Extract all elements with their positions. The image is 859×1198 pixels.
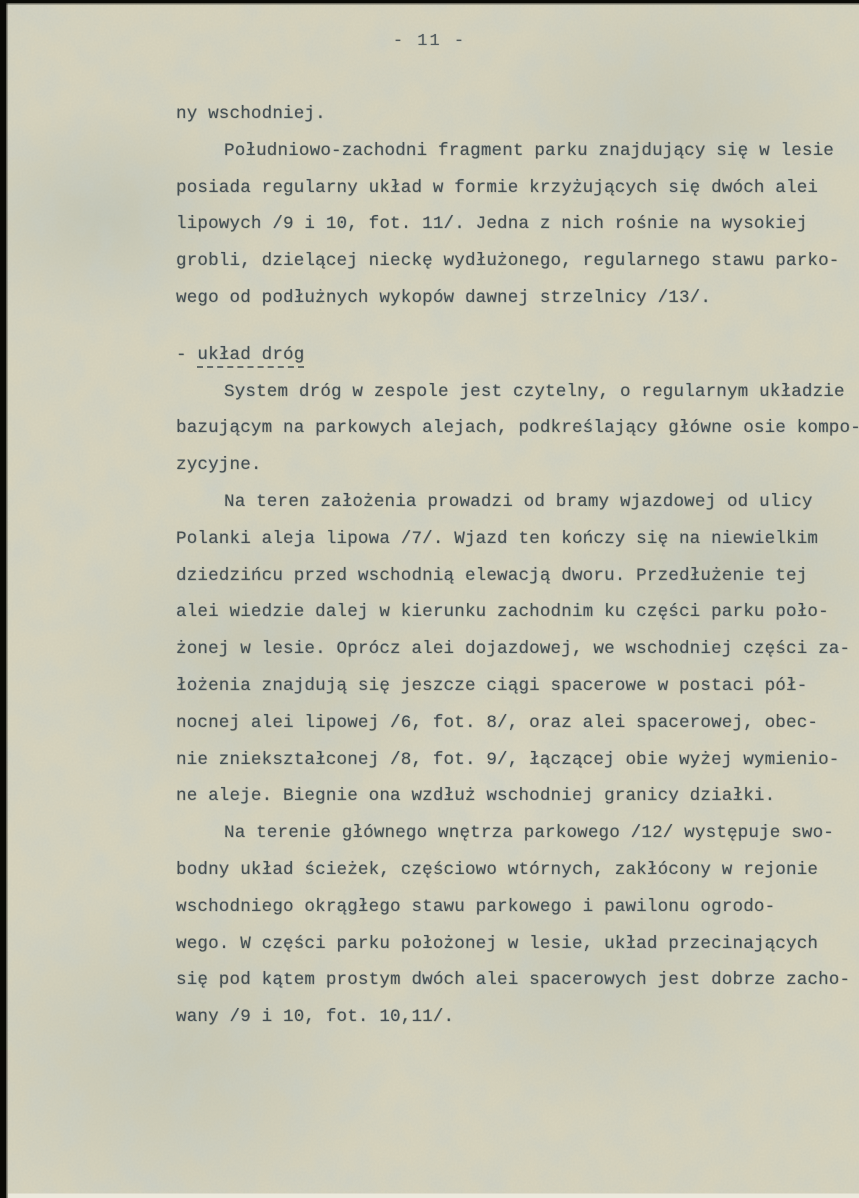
scan-edge-left — [0, 0, 8, 1198]
paragraph-road-system: System dróg w zespole jest czytelny, o r… — [176, 374, 859, 484]
scan-edge-top — [0, 0, 859, 5]
paragraph-entrance-alley: Na teren założenia prowadzi od bramy wja… — [176, 484, 859, 815]
scan-edge-bottom — [8, 1193, 859, 1198]
page-number: - 11 - — [0, 32, 859, 51]
scanned-page: - 11 - ny wschodniej. Południowo-zachodn… — [0, 0, 859, 1198]
heading-dash: - — [176, 345, 197, 365]
paragraph-park-interior: Na terenie głównego wnętrza parkowego /1… — [176, 815, 859, 1036]
document-body: ny wschodniej. Południowo-zachodni fragm… — [176, 96, 859, 1036]
paragraph-southwest-park: Południowo-zachodni fragment parku znajd… — [176, 133, 859, 317]
section-heading: - układ dróg — [176, 337, 859, 374]
heading-label: układ dróg — [197, 345, 304, 368]
paragraph-continuation: ny wschodniej. — [176, 96, 859, 133]
